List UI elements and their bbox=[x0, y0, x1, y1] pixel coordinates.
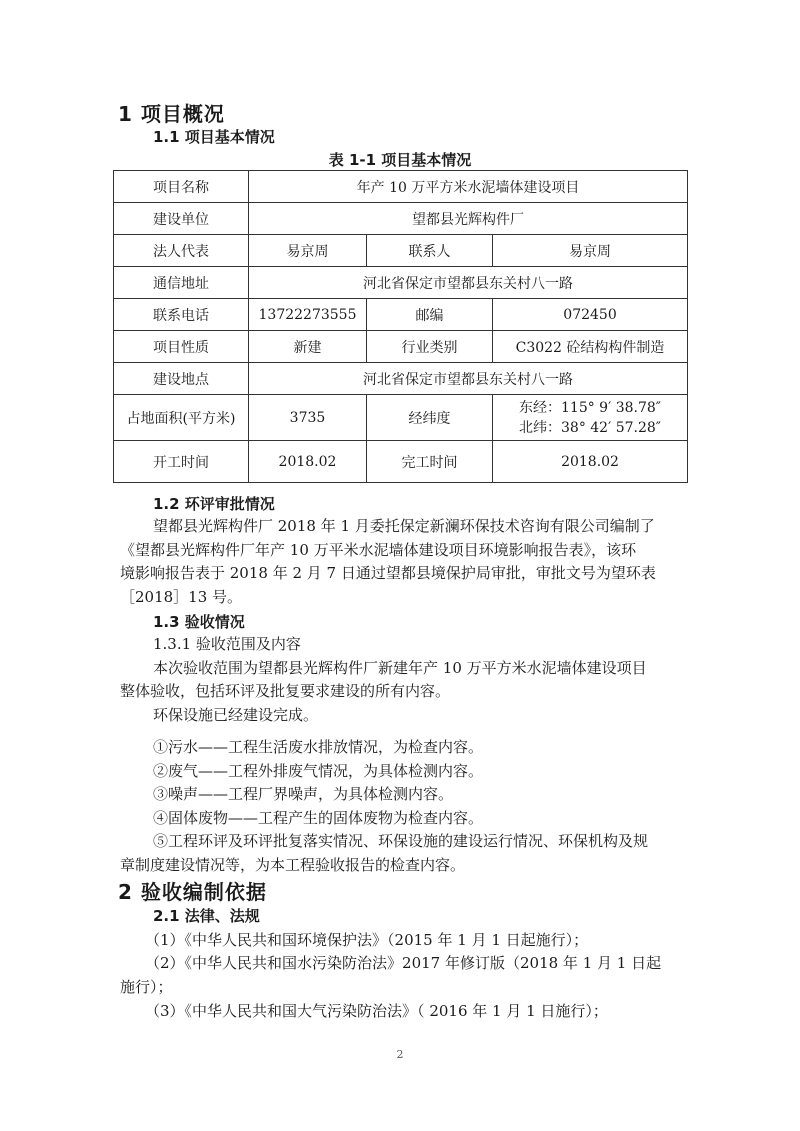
value-cell: 易京周 bbox=[493, 235, 688, 267]
paragraph-line: 《望都县光辉构件厂年产 10 万平米水泥墙体建设项目环境影响报告表》，该环 bbox=[120, 540, 636, 560]
list-item: ⑤工程环评及环评批复落实情况、环保设施的建设运行情况、环保机构及规 bbox=[153, 831, 648, 851]
value-cell: 河北省保定市望都县东关村八一路 bbox=[249, 267, 688, 299]
label-cell: 通信地址 bbox=[114, 267, 249, 299]
table-row: 联系电话 13722273555 邮编 072450 bbox=[114, 299, 688, 331]
longitude-value: 东经：115° 9′ 38.78″ bbox=[493, 398, 687, 418]
label-cell: 完工时间 bbox=[367, 441, 493, 483]
section-1-3-heading: 1.3 验收情况 bbox=[153, 611, 245, 632]
document-page: 1 项目概况 1.1 项目基本情况 表 1-1 项目基本情况 项目名称 年产 1… bbox=[0, 0, 800, 1131]
paragraph-line: 境影响报告表于 2018 年 2 月 7 日通过望都县境保护局审批，审批文号为望… bbox=[120, 563, 656, 583]
section-2-heading: 2 验收编制依据 bbox=[118, 876, 267, 905]
value-cell: 2018.02 bbox=[249, 441, 367, 483]
list-item: ④固体废物——工程产生的固体废物为检查内容。 bbox=[153, 808, 483, 828]
paragraph-line: 整体验收，包括环评及批复要求建设的所有内容。 bbox=[120, 681, 450, 701]
section-2-1-heading: 2.1 法律、法规 bbox=[153, 905, 260, 926]
label-cell: 项目名称 bbox=[114, 171, 249, 203]
list-item: ③噪声——工程厂界噪声，为具体检测内容。 bbox=[153, 784, 453, 804]
label-cell: 占地面积(平方米) bbox=[114, 395, 249, 441]
value-cell: 新建 bbox=[249, 331, 367, 363]
project-info-table: 项目名称 年产 10 万平方米水泥墙体建设项目 建设单位 望都县光辉构件厂 法人… bbox=[113, 170, 688, 483]
table-row: 项目性质 新建 行业类别 C3022 砼结构构件制造 bbox=[114, 331, 688, 363]
label-cell: 行业类别 bbox=[367, 331, 493, 363]
section-1-2-heading: 1.2 环评审批情况 bbox=[153, 493, 275, 514]
table-caption: 表 1-1 项目基本情况 bbox=[0, 149, 800, 170]
list-item: （3）《中华人民共和国大气污染防治法》（ 2016 年 1 月 1 日施行）； bbox=[145, 1001, 608, 1021]
table-row: 法人代表 易京周 联系人 易京周 bbox=[114, 235, 688, 267]
list-item: 章制度建设情况等，为本工程验收报告的检查内容。 bbox=[120, 855, 465, 875]
table-row: 通信地址 河北省保定市望都县东关村八一路 bbox=[114, 267, 688, 299]
page-number: 2 bbox=[0, 1048, 800, 1061]
table-row: 项目名称 年产 10 万平方米水泥墙体建设项目 bbox=[114, 171, 688, 203]
section-1-1-heading: 1.1 项目基本情况 bbox=[153, 126, 275, 147]
value-cell: 易京周 bbox=[249, 235, 367, 267]
section-1-3-1-heading: 1.3.1 验收范围及内容 bbox=[153, 634, 301, 654]
label-cell: 开工时间 bbox=[114, 441, 249, 483]
latitude-value: 北纬：38° 42′ 57.28″ bbox=[493, 418, 687, 438]
label-cell: 联系人 bbox=[367, 235, 493, 267]
table-row: 建设地点 河北省保定市望都县东关村八一路 bbox=[114, 363, 688, 395]
section-1-heading: 1 项目概况 bbox=[118, 98, 225, 127]
value-cell: 072450 bbox=[493, 299, 688, 331]
table-row: 开工时间 2018.02 完工时间 2018.02 bbox=[114, 441, 688, 483]
value-cell: 3735 bbox=[249, 395, 367, 441]
value-cell: 2018.02 bbox=[493, 441, 688, 483]
label-cell: 经纬度 bbox=[367, 395, 493, 441]
label-cell: 法人代表 bbox=[114, 235, 249, 267]
list-item: ②废气——工程外排废气情况，为具体检测内容。 bbox=[153, 761, 483, 781]
list-item: 施行）； bbox=[120, 977, 173, 997]
table-row: 占地面积(平方米) 3735 经纬度 东经：115° 9′ 38.78″ 北纬：… bbox=[114, 395, 688, 441]
label-cell: 邮编 bbox=[367, 299, 493, 331]
list-item: （1）《中华人民共和国环境保护法》（2015 年 1 月 1 日起施行）； bbox=[145, 930, 588, 950]
paragraph-line: ［2018］13 号。 bbox=[120, 587, 242, 607]
list-item: ①污水——工程生活废水排放情况，为检查内容。 bbox=[153, 737, 483, 757]
value-cell: 年产 10 万平方米水泥墙体建设项目 bbox=[249, 171, 688, 203]
list-item: （2）《中华人民共和国水污染防治法》2017 年修订版（2018 年 1 月 1… bbox=[145, 953, 661, 973]
paragraph-line: 本次验收范围为望都县光辉构件厂新建年产 10 万平方米水泥墙体建设项目 bbox=[153, 658, 647, 678]
label-cell: 建设单位 bbox=[114, 203, 249, 235]
label-cell: 建设地点 bbox=[114, 363, 249, 395]
paragraph-line: 环保设施已经建设完成。 bbox=[153, 705, 318, 725]
value-cell: C3022 砼结构构件制造 bbox=[493, 331, 688, 363]
value-cell: 13722273555 bbox=[249, 299, 367, 331]
label-cell: 联系电话 bbox=[114, 299, 249, 331]
label-cell: 项目性质 bbox=[114, 331, 249, 363]
table-row: 建设单位 望都县光辉构件厂 bbox=[114, 203, 688, 235]
value-cell: 河北省保定市望都县东关村八一路 bbox=[249, 363, 688, 395]
value-cell: 望都县光辉构件厂 bbox=[249, 203, 688, 235]
coordinates-cell: 东经：115° 9′ 38.78″ 北纬：38° 42′ 57.28″ bbox=[493, 395, 688, 441]
paragraph-line: 望都县光辉构件厂 2018 年 1 月委托保定新澜环保技术咨询有限公司编制了 bbox=[153, 516, 655, 536]
